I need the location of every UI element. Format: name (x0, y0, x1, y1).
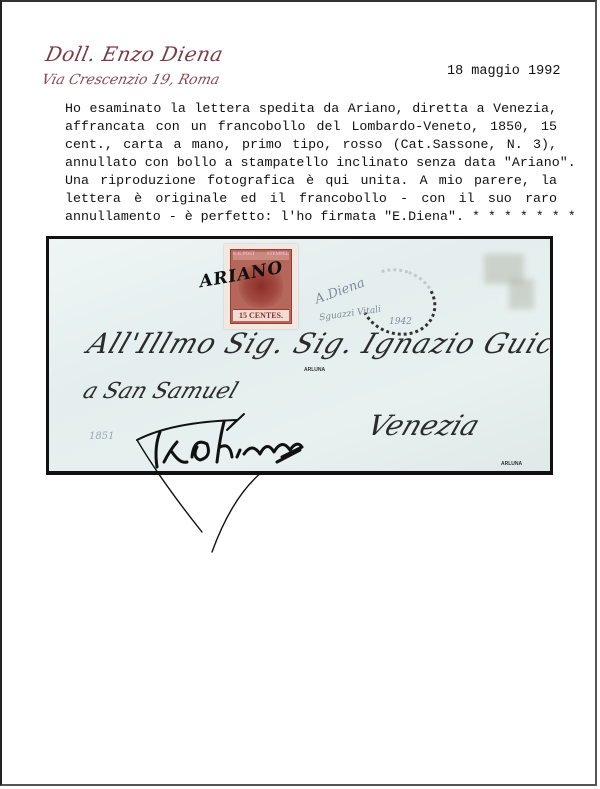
printed-mark: ARLUNA (501, 461, 522, 467)
address-line-recipient: All'Illmo Sig. Sig. Ignazio Guiccia (83, 327, 553, 360)
printed-mark: ARLUNA (304, 367, 325, 373)
letterhead-name: Doll. Enzo Diena (43, 42, 225, 66)
pencil-year: 1942 (389, 317, 412, 327)
postage-stamp: K.K.POST STEMPEL 15 CENTES. (224, 244, 298, 329)
certificate-line: cent., carta a mano, primo tipo, rosso (… (65, 136, 557, 154)
certificate-line: annullamento - è perfetto: l'ho firmata … (65, 208, 557, 226)
stain (509, 279, 534, 309)
certificate-line: annullato con bollo a stampatello inclin… (65, 154, 557, 172)
letterhead-address: Via Crescenzio 19, Roma (40, 72, 221, 88)
address-line-city: Venezia (363, 409, 484, 442)
certificate-text: Ho esaminato la lettera spedita da Arian… (65, 100, 557, 226)
certificate-line: Una riproduzione fotografica è qui unita… (65, 172, 557, 190)
certificate-line: affrancata con un francobollo del Lombar… (65, 118, 557, 136)
address-line-street: a San Samuel (79, 379, 241, 404)
signature-icon (132, 402, 322, 562)
certificate-date: 18 maggio 1992 (447, 64, 560, 79)
certificate-page: Doll. Enzo Diena Via Crescenzio 19, Roma… (0, 0, 597, 786)
stamp-top-left: K.K.POST (233, 252, 255, 260)
pencil-date: 1851 (89, 431, 114, 442)
certificate-line: lettera è originale ed il francobollo - … (65, 190, 557, 208)
stamp-value: 15 CENTES. (233, 309, 289, 321)
certificate-line: Ho esaminato la lettera spedita da Arian… (65, 100, 557, 118)
